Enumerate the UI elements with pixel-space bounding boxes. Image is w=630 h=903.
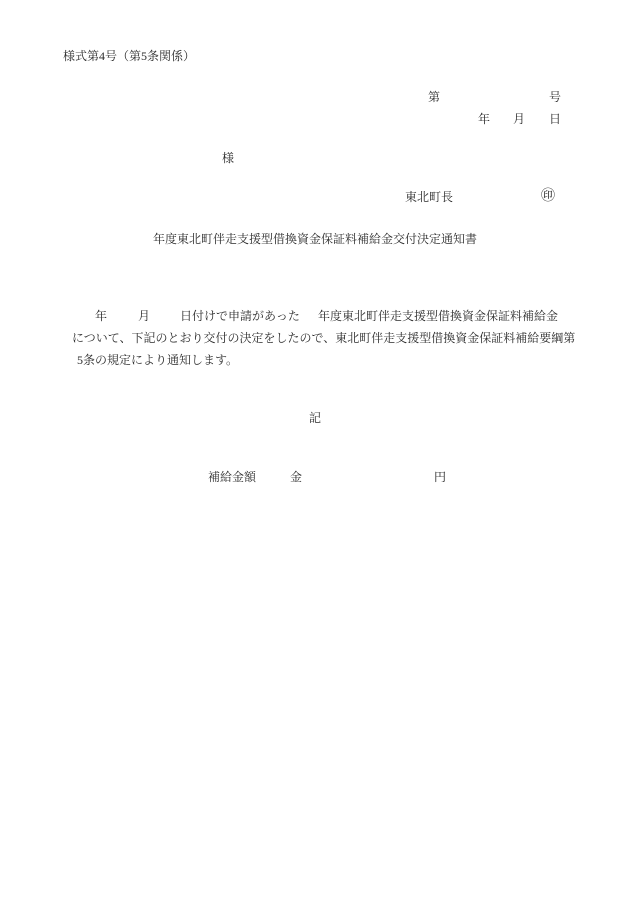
date-month-label: 月 [513,112,525,128]
date-day-label: 日 [549,112,561,128]
body-line1-subject: 年度東北町伴走支援型借換資金保証料補給金 [318,309,558,325]
body-month-label: 月 [138,309,150,325]
date-year-label: 年 [478,112,490,128]
body-line-3: 5条の規定により通知します。 [77,353,238,369]
document-page: 様式第4号（第5条関係） 第 号 年 月 日 様 東北町長 ㊞ 年度東北町伴走支… [0,0,630,903]
body-line1-text: 日付けで申請があった [180,309,300,325]
amount-label: 補給金額 [208,470,256,486]
seal-mark-icon: ㊞ [541,188,555,206]
record-marker: 記 [0,411,630,427]
issuer-title: 東北町長 [405,190,453,206]
amount-currency-prefix: 金 [290,470,302,486]
doc-number-prefix: 第 [428,90,440,106]
document-title: 年度東北町伴走支援型借換資金保証料補給金交付決定通知書 [0,232,630,248]
amount-currency-suffix: 円 [434,470,446,486]
body-year-label: 年 [95,309,107,325]
addressee-honorific: 様 [222,151,234,167]
form-label: 様式第4号（第5条関係） [63,49,195,65]
doc-number-suffix: 号 [549,90,561,106]
body-line-2: について、下記のとおり交付の決定をしたので、東北町伴走支援型借換資金保証料補給要… [72,331,575,347]
